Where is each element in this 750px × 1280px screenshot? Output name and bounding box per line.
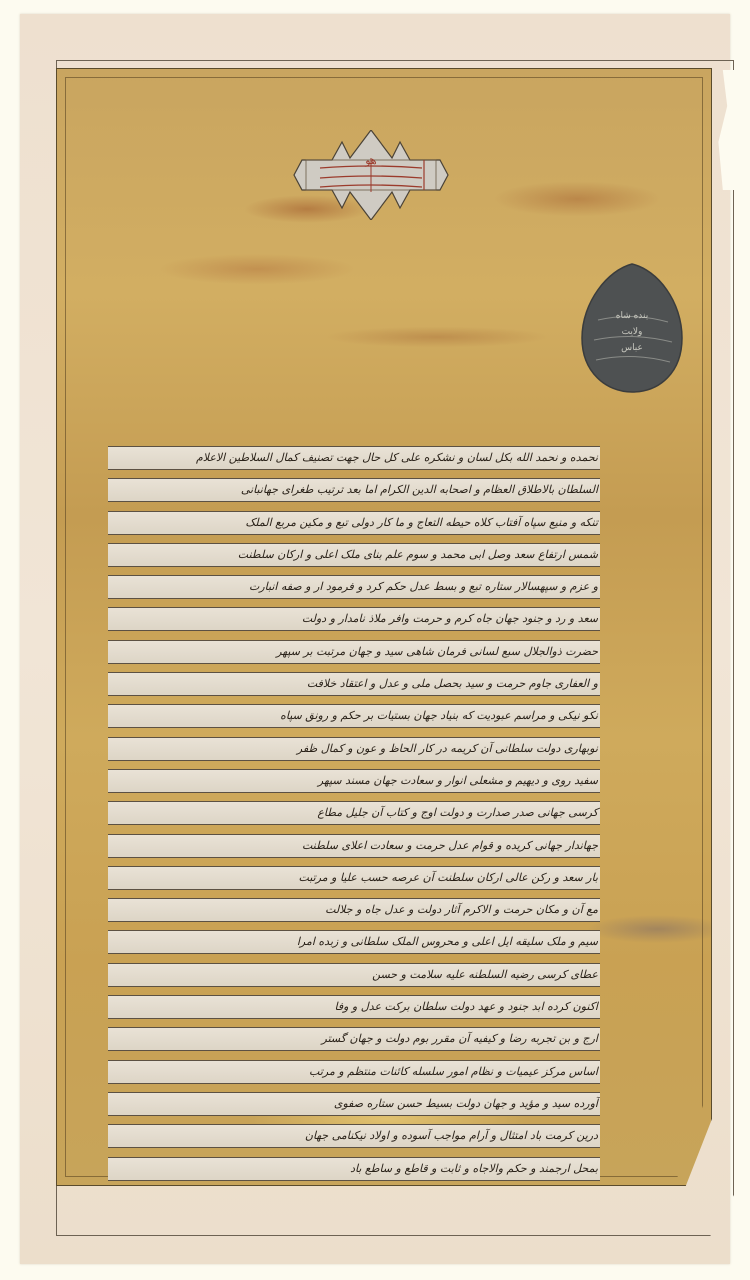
line-text: درین کرمت باد امتثال و آرام مواجب آسوده … (108, 1125, 600, 1146)
text-line: عطای کرسی رضیه السلطنه علیه سلامت و حسن (108, 963, 600, 987)
seal-line: بنده شاه (592, 308, 672, 324)
text-line: شمس ارتفاع سعد وصل ابی محمد و سوم علم بن… (108, 543, 600, 567)
text-line: نحمده و نحمد الله بکل لسان و نشکره علی ک… (108, 446, 600, 470)
cartouche-line: هو (322, 154, 420, 168)
line-text: بار سعد و رکن عالی ارکان سلطنت آن عرصه ح… (108, 867, 600, 888)
text-line: السلطان بالاطلاق العظام و اصحابه الدین ا… (108, 478, 600, 502)
line-text: سیم و ملک سلیقه ایل اعلی و محروس الملک س… (108, 931, 600, 952)
line-text: و عزم و سپهسالار ستاره تبع و بسط عدل حکم… (108, 576, 600, 597)
line-text: آورده سید و مؤید و جهان دولت بسیط حسن ست… (108, 1093, 600, 1114)
line-text: نوبهاری دولت سلطانی آن کریمه در کار الحا… (108, 738, 600, 759)
text-line: اساس مرکز عیمیات و نظام امور سلسله کائنا… (108, 1060, 600, 1084)
line-text: سعد و رد و جنود جهان جاه کرم و حرمت وافر… (108, 608, 600, 629)
line-text: بمحل ارجمند و حکم والاجاه و ثابت و قاطع … (108, 1158, 600, 1179)
line-text: حضرت ذوالجلال سبع لسانی فرمان شاهی سید و… (108, 641, 600, 662)
text-line: حضرت ذوالجلال سبع لسانی فرمان شاهی سید و… (108, 640, 600, 664)
text-line: ارج و بن تجربه رضا و کیفیه آن مقرر بوم د… (108, 1027, 600, 1051)
calligraphy-text-block: نحمده و نحمد الله بکل لسان و نشکره علی ک… (108, 446, 600, 1189)
seal-line: ولایت (592, 324, 672, 340)
seal-text: بنده شاه ولایت عباس (592, 308, 672, 372)
text-line: بمحل ارجمند و حکم والاجاه و ثابت و قاطع … (108, 1157, 600, 1181)
text-line: و العفاری جاوم حرمت و سید بحصل ملی و عدل… (108, 672, 600, 696)
line-text: کرسی جهانی صدر صدارت و دولت اوج و کتاب آ… (108, 802, 600, 823)
cartouche-text: هو (322, 154, 420, 196)
text-line: سفید روی و دیهیم و مشعلی انوار و سعادت ج… (108, 769, 600, 793)
text-line: نوبهاری دولت سلطانی آن کریمه در کار الحا… (108, 737, 600, 761)
seal-impression: بنده شاه ولایت عباس (578, 262, 686, 394)
text-line: جهاندار جهانی کریده و قوام عدل حرمت و سع… (108, 834, 600, 858)
text-line: بار سعد و رکن عالی ارکان سلطنت آن عرصه ح… (108, 866, 600, 890)
text-line: مع آن و مکان حرمت و الاکرم آثار دولت و ع… (108, 898, 600, 922)
line-text: ارج و بن تجربه رضا و کیفیه آن مقرر بوم د… (108, 1028, 600, 1049)
line-text: مع آن و مکان حرمت و الاکرم آثار دولت و ع… (108, 899, 600, 920)
text-line: درین کرمت باد امتثال و آرام مواجب آسوده … (108, 1124, 600, 1148)
line-text: و العفاری جاوم حرمت و سید بحصل ملی و عدل… (108, 673, 600, 694)
text-line: تنکه و منیع سپاه آفتاب کلاه حیطه التعاج … (108, 511, 600, 535)
line-text: سفید روی و دیهیم و مشعلی انوار و سعادت ج… (108, 770, 600, 791)
line-text: السلطان بالاطلاق العظام و اصحابه الدین ا… (108, 479, 600, 500)
text-line: سیم و ملک سلیقه ایل اعلی و محروس الملک س… (108, 930, 600, 954)
text-line: نکو نیکی و مراسم عبودیت که بنیاد جهان بس… (108, 704, 600, 728)
seal-line: عباس (592, 340, 672, 356)
text-line: سعد و رد و جنود جهان جاه کرم و حرمت وافر… (108, 607, 600, 631)
invocation-cartouche: هو (292, 130, 450, 220)
line-text: شمس ارتفاع سعد وصل ابی محمد و سوم علم بن… (108, 544, 600, 565)
line-text: اساس مرکز عیمیات و نظام امور سلسله کائنا… (108, 1061, 600, 1082)
line-text: نکو نیکی و مراسم عبودیت که بنیاد جهان بس… (108, 705, 600, 726)
line-text: جهاندار جهانی کریده و قوام عدل حرمت و سع… (108, 835, 600, 856)
text-line: و عزم و سپهسالار ستاره تبع و بسط عدل حکم… (108, 575, 600, 599)
text-line: کرسی جهانی صدر صدارت و دولت اوج و کتاب آ… (108, 801, 600, 825)
text-line: اکنون کرده ابد جنود و عهد دولت سلطان برک… (108, 995, 600, 1019)
text-line: آورده سید و مؤید و جهان دولت بسیط حسن ست… (108, 1092, 600, 1116)
line-text: عطای کرسی رضیه السلطنه علیه سلامت و حسن (108, 964, 600, 985)
line-text: اکنون کرده ابد جنود و عهد دولت سلطان برک… (108, 996, 600, 1017)
line-text: تنکه و منیع سپاه آفتاب کلاه حیطه التعاج … (108, 512, 600, 533)
line-text: نحمده و نحمد الله بکل لسان و نشکره علی ک… (108, 447, 600, 468)
